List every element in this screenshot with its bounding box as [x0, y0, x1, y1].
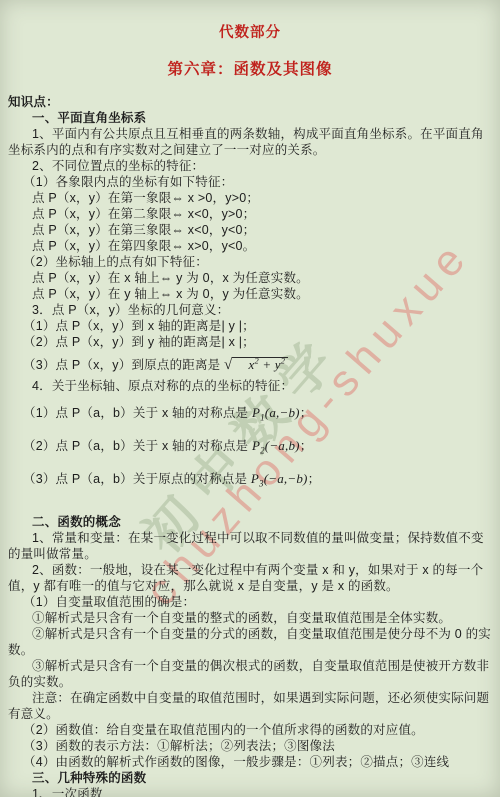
- doc-line: 点 P（x，y）在第四象限⇔ x>0，y<0。: [8, 238, 492, 254]
- doc-line: （2）点 P（x，y）到 y 袖的距离是| x |；: [8, 334, 492, 350]
- math-point-symbol: P2(−a,b): [252, 438, 300, 453]
- doc-line: 三、几种特殊的函数: [8, 770, 492, 786]
- part-title: 代数部分: [8, 24, 492, 43]
- doc-line: 1、平面内有公共原点且互相垂直的两条数轴，构成平面直角坐标系。在平面直角坐标系内…: [8, 126, 492, 158]
- doc-line: （3）点 P（a，b）关于原点的对称点是 P3(−a,−b)；: [8, 470, 492, 488]
- doc-line: （1）自变量取值范围的确是：: [8, 594, 492, 610]
- doc-line: （1）各象限内点的坐标有如下特征：: [8, 174, 492, 190]
- document-page: 代数部分 第六章：函数及其图像 知识点：一、平面直角坐标系1、平面内有公共原点且…: [0, 0, 500, 797]
- doc-line: 二、函数的概念: [8, 514, 492, 530]
- doc-line: （2）坐标轴上的点有如下特征：: [8, 254, 492, 270]
- doc-line: （3）函数的表示方法：①解析法；②列表法；③图像法: [8, 738, 492, 754]
- doc-line: 点 P（x，y）在 x 轴上⇔ y 为 0，x 为任意实数。: [8, 270, 492, 286]
- doc-line: 4．关于坐标轴、原点对称的点的坐标的特征：: [8, 378, 492, 394]
- doc-line: 注意：在确定函数中自变量的取值范围时，如果遇到实际问题，还必须使实际问题有意义。: [8, 690, 492, 722]
- doc-line: 点 P（x，y）在 y 轴上⇔ x 为 0，y 为任意实数。: [8, 286, 492, 302]
- doc-line: （2）函数值：给自变量在取值范围内的一个值所求得的函数的对应值。: [8, 722, 492, 738]
- doc-line: 点 P（x，y）在第一象限⇔ x >0，y>0；: [8, 190, 492, 206]
- doc-line: （3）点 P（x，y）到原点的距离是 √x2 + y2: [8, 356, 492, 374]
- math-point-symbol: P1(a,−b): [252, 405, 300, 420]
- doc-line: （2）点 P（a，b）关于 x 轴的对称点是 P2(−a,b)；: [8, 437, 492, 455]
- chapter-title: 第六章：函数及其图像: [8, 60, 492, 80]
- doc-line: （1）点 P（x，y）到 x 轴的距离是| y |；: [8, 318, 492, 334]
- doc-line: ③解析式是只含有一个自变量的偶次根式的函数，自变量取值范围是使被开方数非负的实数…: [8, 658, 492, 690]
- doc-line: （1）点 P（a，b）关于 x 轴的对称点是 P1(a,−b)；: [8, 404, 492, 422]
- doc-line: （4）由函数的解析式作函数的图像，一般步骤是：①列表；②描点；③连线: [8, 754, 492, 770]
- doc-line: 一、平面直角坐标系: [8, 110, 492, 126]
- doc-line: 知识点：: [8, 94, 492, 110]
- doc-line: 2、不同位置点的坐标的特征：: [8, 158, 492, 174]
- sqrt-formula: √x2 + y2: [224, 357, 288, 372]
- doc-line: 点 P（x，y）在第二象限⇔ x<0，y>0；: [8, 206, 492, 222]
- doc-line: 2、函数：一般地，设在某一变化过程中有两个变量 x 和 y，如果对于 x 的每一…: [8, 562, 492, 594]
- doc-line: 1、常量和变量：在某一变化过程中可以取不同数值的量叫做变量；保持数值不变的量叫做…: [8, 530, 492, 562]
- doc-line: ①解析式是只含有一个自变量的整式的函数，自变量取值范围是全体实数。: [8, 610, 492, 626]
- doc-line: 点 P（x，y）在第三象限⇔ x<0，y<0；: [8, 222, 492, 238]
- doc-line: 3．点 P（x，y）坐标的几何意义：: [8, 302, 492, 318]
- doc-line: ②解析式是只含有一个自变量的分式的函数，自变量取值范围是使分母不为 0 的实数。: [8, 626, 492, 658]
- doc-line: 1、一次函数: [8, 786, 492, 797]
- document-body: 知识点：一、平面直角坐标系1、平面内有公共原点且互相垂直的两条数轴，构成平面直角…: [8, 94, 492, 797]
- math-point-symbol: P3(−a,−b): [251, 471, 308, 486]
